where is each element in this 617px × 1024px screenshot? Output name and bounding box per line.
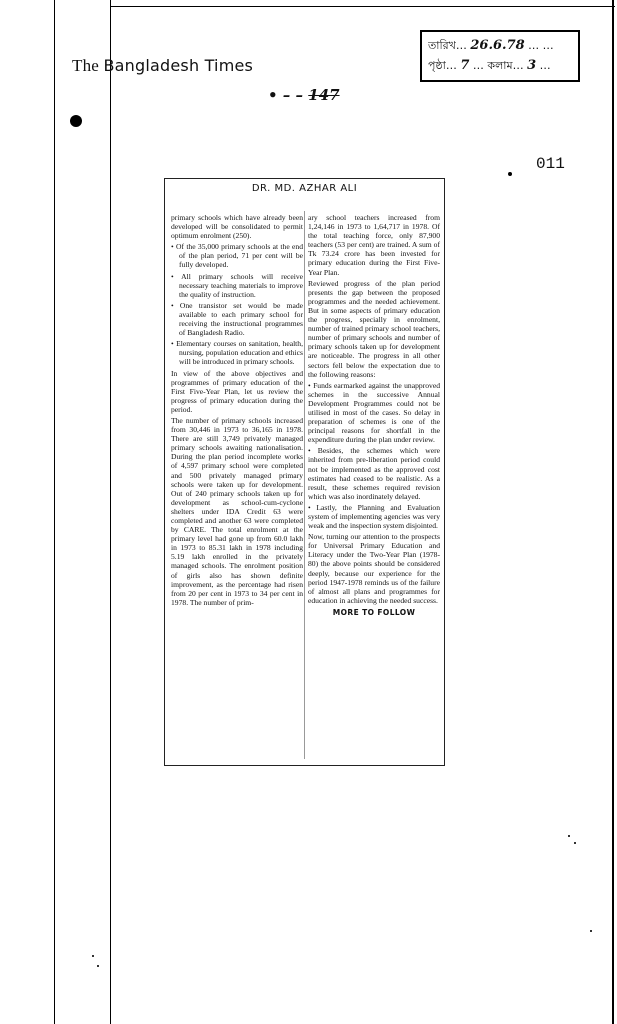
newspaper-clipping: DR. MD. AZHAR ALI primary schools which …	[164, 178, 445, 766]
ink-dot	[508, 172, 512, 176]
page-marker: • – – 147	[268, 86, 340, 104]
stamp-date-row: তারিখ… 26.6.78 … …	[428, 36, 572, 56]
left-margin-line	[54, 0, 55, 1024]
page-marker-number: 147	[308, 86, 339, 104]
scan-speck	[92, 955, 94, 957]
article-paragraph: • Funds earmarked against the unapproved…	[308, 381, 440, 445]
newspaper-masthead: The Bangladesh Times	[72, 56, 253, 76]
article-bullet: • One transistor set would be made avail…	[171, 301, 303, 337]
stamp-page-row: পৃষ্ঠা… 7 … কলাম… 3 …	[428, 56, 572, 76]
scan-speck	[568, 835, 570, 837]
article-paragraph: The number of primary schools increased …	[171, 416, 303, 607]
article-paragraph: Reviewed progress of the plan period pre…	[308, 279, 440, 379]
more-to-follow: MORE TO FOLLOW	[308, 608, 440, 617]
article-bullet: • Of the 35,000 primary schools at the e…	[171, 242, 303, 269]
article-paragraph: primary schools which have already been …	[171, 213, 303, 240]
stamp-page-label: পৃষ্ঠা	[428, 59, 446, 72]
article-bullet: • All primary schools will receive neces…	[171, 272, 303, 299]
top-edge-line	[110, 6, 615, 7]
article-paragraph: In view of the above objectives and prog…	[171, 369, 303, 414]
article-left-column: primary schools which have already been …	[171, 213, 303, 609]
archive-stamp: তারিখ… 26.6.78 … … পৃষ্ঠা… 7 … কলাম… 3 …	[420, 30, 580, 82]
sheet-number: 011	[536, 155, 565, 173]
stamp-date-value: 26.6.78	[470, 38, 524, 53]
article-right-column: ary school teachers increased from 1,24,…	[308, 213, 440, 617]
stamp-column-value: 3	[527, 58, 536, 73]
article-bullet: • Elementary courses on sanitation, heal…	[171, 339, 303, 366]
scan-speck	[97, 965, 99, 967]
article-paragraph: Now, turning our attention to the prospe…	[308, 532, 440, 605]
column-divider	[304, 211, 305, 759]
article-byline: DR. MD. AZHAR ALI	[165, 183, 444, 194]
punch-hole	[70, 115, 82, 127]
right-edge-line	[612, 0, 614, 1024]
scan-speck	[574, 842, 576, 844]
article-paragraph: ary school teachers increased from 1,24,…	[308, 213, 440, 277]
masthead-the: The	[72, 56, 99, 75]
stamp-page-value: 7	[460, 58, 469, 73]
binding-line	[110, 0, 111, 1024]
scan-speck	[590, 930, 592, 932]
stamp-date-label: তারিখ	[428, 39, 456, 52]
article-paragraph: • Lastly, the Planning and Evaluation sy…	[308, 503, 440, 530]
masthead-name: Bangladesh Times	[103, 56, 253, 75]
article-paragraph: • Besides, the schemes which were inheri…	[308, 446, 440, 501]
stamp-column-label: কলাম	[487, 59, 512, 72]
